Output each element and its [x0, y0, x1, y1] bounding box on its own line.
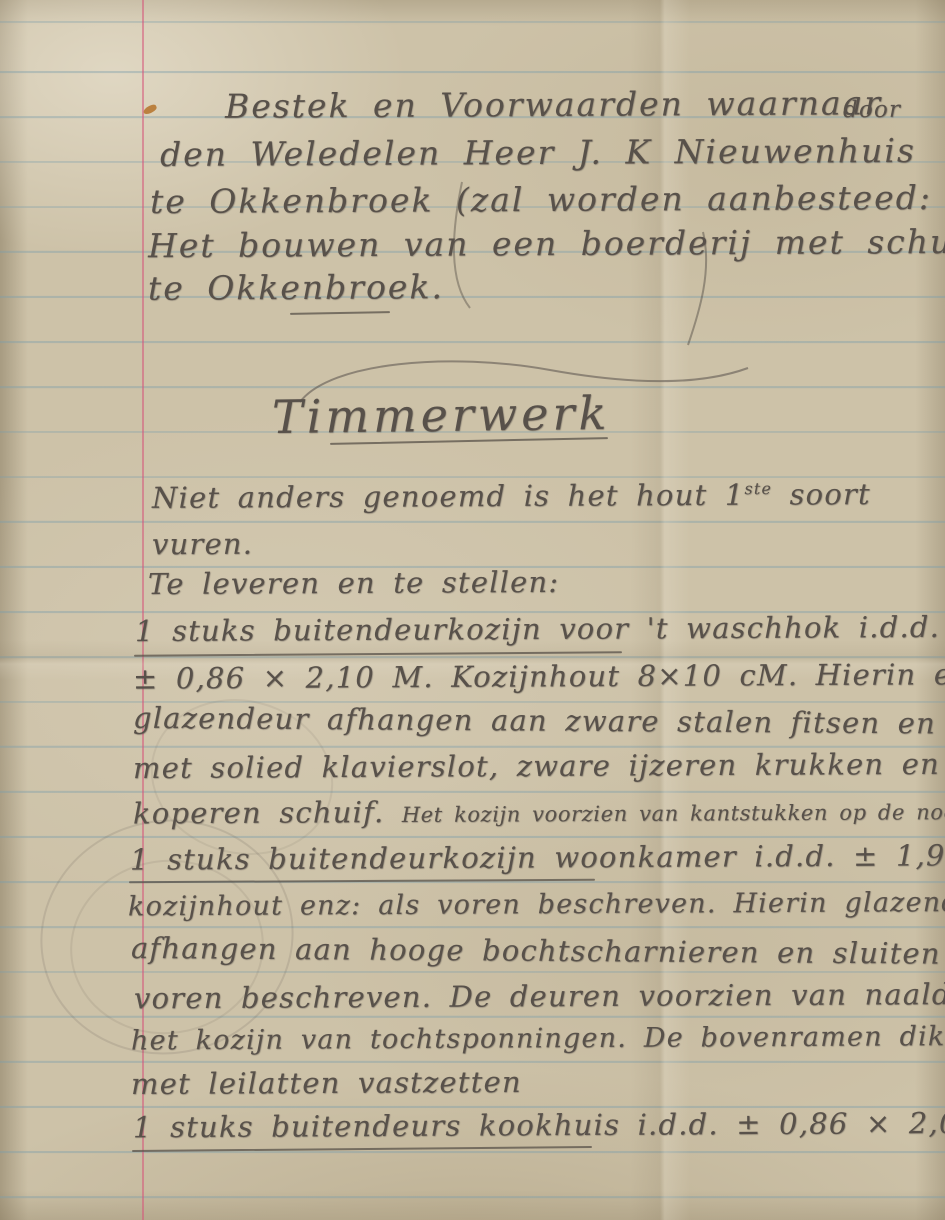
- body-line-9: 1 stuks buitendeurkozijn woonkamer i.d.d…: [130, 837, 945, 877]
- title-line-5: te Okkenbroek.: [148, 267, 444, 308]
- title-line-2: den Weledelen Heer J. K Nieuwenhuis: [160, 131, 916, 175]
- section-heading: Timmerwerk: [272, 386, 611, 445]
- body-line-1-superscript: ste: [744, 479, 772, 498]
- hand-underline: [132, 1146, 592, 1152]
- body-line-8-normal: koperen schuif.: [133, 795, 402, 830]
- body-line-9-underlined: 1 stuks buitendeurkozijn woonkamer: [130, 839, 737, 876]
- manuscript-page: Bestek en Voorwaarden waarnaar door den …: [0, 0, 945, 1220]
- body-line-14: met leilatten vastzetten: [131, 1065, 522, 1102]
- hand-rule: [290, 311, 390, 315]
- body-line-3: Te leveren en te stellen:: [148, 565, 560, 602]
- body-line-15-underlined: 1 stuks buitendeurs kookhuis: [133, 1108, 620, 1145]
- body-line-1-tail: soort: [772, 477, 871, 512]
- body-line-4: 1 stuks buitendeurkozijn voor 't waschho…: [135, 610, 940, 649]
- title-line-3: te Okkenbroek (zal worden aanbesteed:: [150, 178, 932, 222]
- body-line-13: het kozijn van tochtsponningen. De boven…: [131, 1021, 945, 1058]
- body-line-15-tail: i.d.d. ± 0,86 × 2,00 M: [620, 1106, 945, 1142]
- body-line-7: met solied klavierslot, zware ijzeren kr…: [133, 747, 940, 786]
- body-line-11: afhangen aan hooge bochtscharnieren en s…: [131, 931, 945, 972]
- rust-spot: [142, 103, 158, 115]
- body-line-10: kozijnhout enz: als voren beschreven. Hi…: [128, 887, 945, 924]
- title-line-4: Het bouwen van een boerderij met schuur: [148, 222, 945, 266]
- body-line-12: voren beschreven. De deuren voorzien van…: [134, 977, 945, 1017]
- body-line-6: glazendeur afhangen aan zware stalen fit…: [133, 701, 945, 742]
- body-line-9-tail: i.d.d. ± 1,94 × 2,60 M: [737, 837, 945, 873]
- body-line-8: koperen schuif. Het kozijn voorzien van …: [133, 792, 945, 832]
- title-line-1-right: door: [843, 97, 901, 125]
- body-line-1-text: Niet anders genoemd is het hout 1: [152, 478, 745, 515]
- body-line-5: ± 0,86 × 2,10 M. Kozijnhout 8×10 cM. Hie…: [133, 656, 945, 696]
- body-line-2: vuren.: [152, 527, 253, 562]
- body-line-8-small: Het kozijn voorzien van kantstukken op d…: [402, 800, 945, 827]
- title-line-1: Bestek en Voorwaarden waarnaar: [225, 83, 882, 126]
- body-line-1: Niet anders genoemd is het hout 1ste soo…: [152, 477, 871, 516]
- body-line-15: 1 stuks buitendeurs kookhuis i.d.d. ± 0,…: [133, 1106, 945, 1145]
